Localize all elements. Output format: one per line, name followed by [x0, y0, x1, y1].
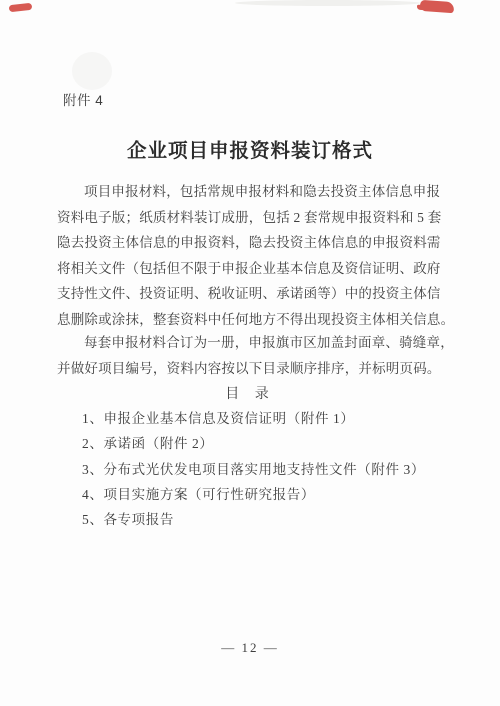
toc-heading: 目 录 [0, 382, 500, 407]
paragraph-1: 项目申报材料，包括常规申报材料和隐去投资主体信息申报 资料电子版；纸质材料装订成… [57, 179, 447, 332]
paragraph-2-line: 每套申报材料合订为一册，申报旗市区加盖封面章、骑缝章， [57, 330, 447, 356]
paragraph-1-line: 隐去投资主体信息的申报资料，隐去投资主体信息的申报资料需 [57, 230, 447, 256]
toc-item: 2、承诺函（附件 2） [82, 431, 462, 456]
paragraph-1-line: 将相关文件（包括但不限于申报企业基本信息及资信证明、政府 [57, 256, 447, 282]
paragraph-1-line: 息删除或涂抹，整套资料中任何地方不得出现投资主体相关信息。 [57, 307, 447, 333]
toc-item: 1、申报企业基本信息及资信证明（附件 1） [82, 406, 462, 431]
scan-smudge-top [235, 0, 420, 6]
paragraph-1-line: 支持性文件、投资证明、税收证明、承诺函等）中的投资主体信 [57, 281, 447, 307]
paragraph-2-line: 并做好项目编号，资料内容按以下目录顺序排序，并标明页码。 [57, 356, 447, 382]
page-number: — 12 — [0, 639, 500, 657]
toc-item: 3、分布式光伏发电项目落实用地支持性文件（附件 3） [82, 457, 462, 482]
document-page: 附件 4 企业项目申报资料装订格式 项目申报材料，包括常规申报材料和隐去投资主体… [0, 0, 500, 706]
red-ink-mark-top-left [9, 3, 33, 12]
paragraph-2: 每套申报材料合订为一册，申报旗市区加盖封面章、骑缝章， 并做好项目编号，资料内容… [57, 330, 447, 381]
scan-smudge-left [72, 52, 112, 90]
attachment-label: 附件 4 [63, 92, 103, 110]
paragraph-1-line: 资料电子版；纸质材料装订成册，包括 2 套常规申报资料和 5 套 [57, 205, 447, 231]
toc-item: 4、项目实施方案（可行性研究报告） [82, 482, 462, 507]
toc-item: 5、各专项报告 [82, 507, 462, 532]
paragraph-1-line: 项目申报材料，包括常规申报材料和隐去投资主体信息申报 [57, 179, 447, 205]
red-ink-mark-top-right [420, 0, 455, 13]
document-title: 企业项目申报资料装订格式 [0, 138, 500, 164]
toc-list: 1、申报企业基本信息及资信证明（附件 1） 2、承诺函（附件 2） 3、分布式光… [82, 406, 462, 532]
